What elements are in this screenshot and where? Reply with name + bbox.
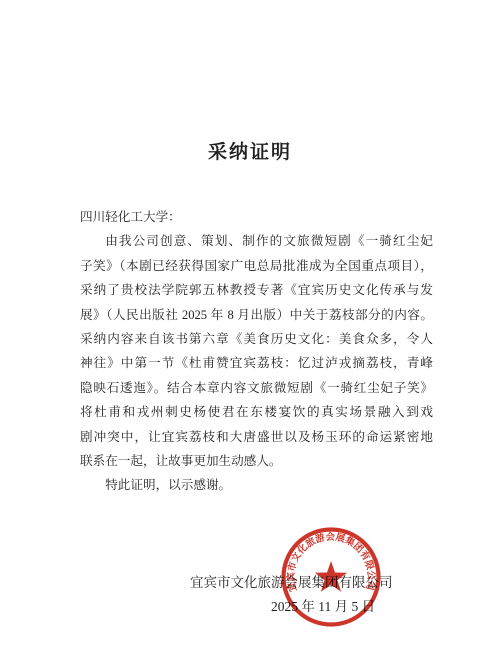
body-line: 神往》中第一节《杜甫赞宜宾荔枝：忆过泸戎摘荔枝，青峰 <box>80 351 433 375</box>
certificate-page: 采纳证明 四川轻化工大学： 由我公司创意、策划、制作的文旅微短剧《一骑红尘妃 子… <box>0 0 500 667</box>
star-icon <box>315 561 347 592</box>
closing-line: 特此证明，以示感谢。 <box>80 473 433 497</box>
body-line: 隐映石逶迤》。结合本章内容文旅微短剧《一骑红尘妃子笑》 <box>80 376 433 400</box>
seal-microtext: ············· <box>308 607 346 618</box>
document-body: 四川轻化工大学： 由我公司创意、策划、制作的文旅微短剧《一骑红尘妃 子笑》（本剧… <box>80 205 433 498</box>
body-line: 展》（人民出版社 2025 年 8 月出版）中关于荔枝部分的内容。 <box>80 303 433 327</box>
body-line: 采纳了贵校法学院郭五林教授专著《宜宾历史文化传承与发 <box>80 278 433 302</box>
body-line: 剧冲突中，让宜宾荔枝和大唐盛世以及杨玉环的命运紧密地 <box>80 425 433 449</box>
company-seal: 宜宾市文化旅游会展集团有限公司 ············· <box>276 522 386 632</box>
body-line: 联系在一起，让故事更加生动感人。 <box>80 449 433 473</box>
body-line: 将杜甫和戎州刺史杨使君在东楼宴饮的真实场景融入到戏 <box>80 400 433 424</box>
body-line: 采纳内容来自该书第六章《美食历史文化：美食众多，令人 <box>80 327 433 351</box>
document-title: 采纳证明 <box>0 137 500 164</box>
body-line: 由我公司创意、策划、制作的文旅微短剧《一骑红尘妃 <box>80 229 433 253</box>
body-line: 子笑》（本剧已经获得国家广电总局批准成为全国重点项目）， <box>80 254 433 278</box>
recipient-line: 四川轻化工大学： <box>80 205 433 229</box>
